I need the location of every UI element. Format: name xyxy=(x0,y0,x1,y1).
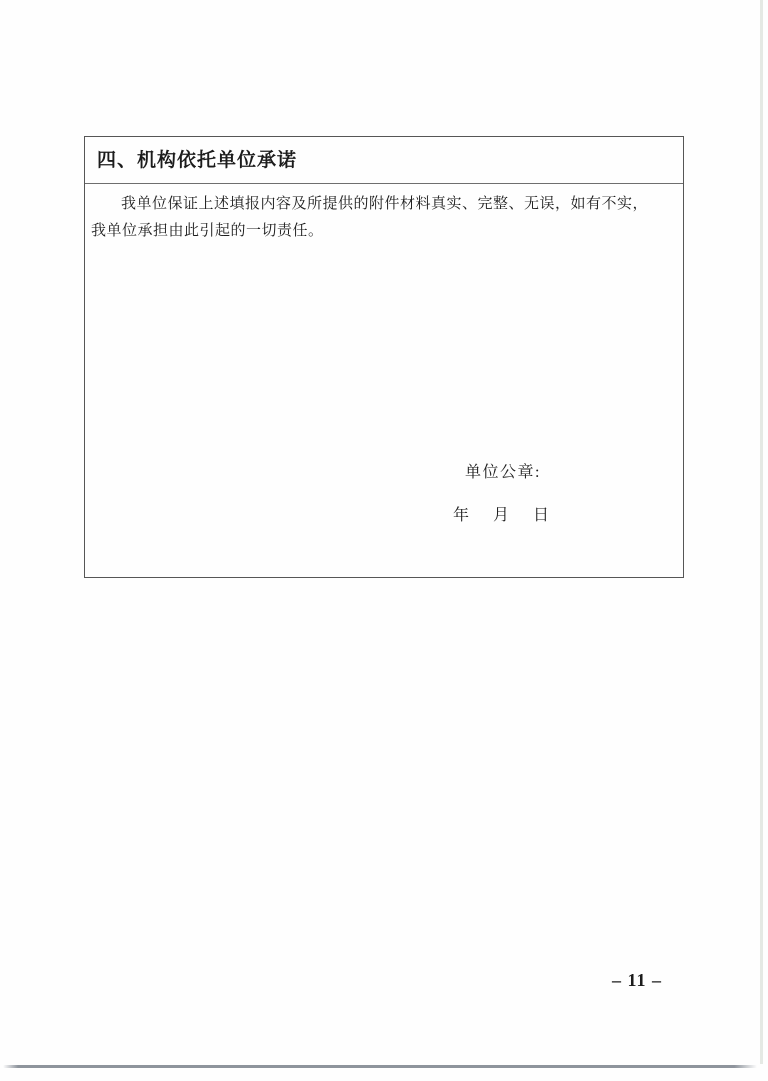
date-line: 年 月 日 xyxy=(453,502,549,525)
scan-paper-bottom-shadow xyxy=(3,1065,757,1068)
commitment-section-box: 四、机构依托单位承诺 我单位保证上述填报内容及所提供的附件材料真实、完整、无误，… xyxy=(84,136,684,578)
date-year-label: 年 xyxy=(453,502,469,525)
section-body: 我单位保证上述填报内容及所提供的附件材料真实、完整、无误，如有不实， 我单位承担… xyxy=(85,184,683,245)
unit-seal-label: 单位公章: xyxy=(465,459,541,482)
date-month-label: 月 xyxy=(493,502,509,525)
commitment-text-line-2: 我单位承担由此引起的一切责任。 xyxy=(85,218,683,245)
date-day-label: 日 xyxy=(533,502,549,525)
scan-paper-right-edge xyxy=(760,0,763,1064)
document-page: 四、机构依托单位承诺 我单位保证上述填报内容及所提供的附件材料真实、完整、无误，… xyxy=(0,0,768,1081)
page-number: – 11 – xyxy=(612,970,662,991)
section-title: 四、机构依托单位承诺 xyxy=(85,137,683,184)
commitment-text-line-1: 我单位保证上述填报内容及所提供的附件材料真实、完整、无误，如有不实， xyxy=(85,191,683,218)
